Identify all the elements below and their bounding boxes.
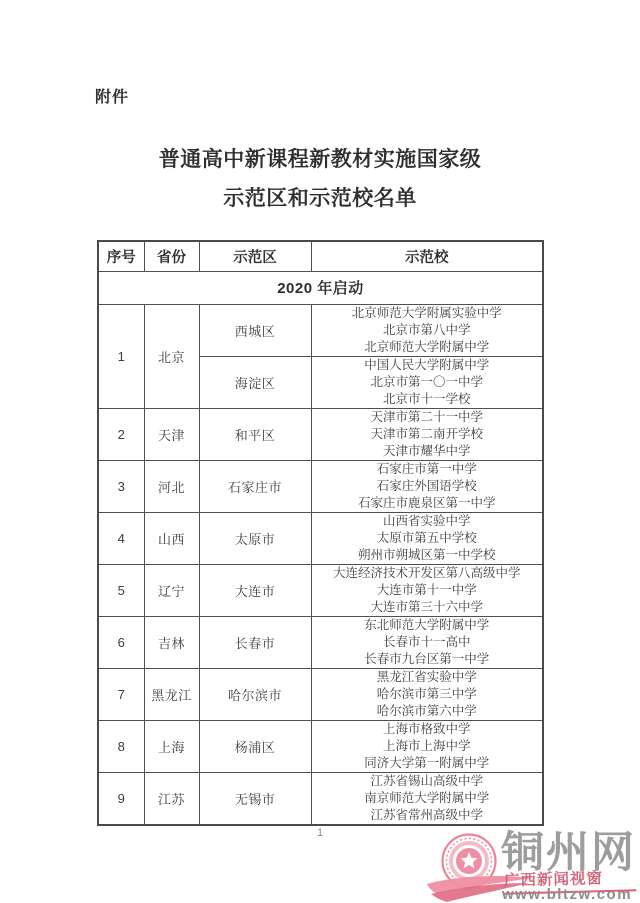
demonstration-schools-table: 序号 省份 示范区 示范校 2020 年启动 1北京西城区北京师范大学附属实验中… xyxy=(97,240,544,826)
header-zone: 示范区 xyxy=(199,241,311,271)
school-name: 同济大学第一附属中学 xyxy=(312,755,543,772)
attachment-label: 附件 xyxy=(95,84,129,107)
school-name: 江苏省常州高级中学 xyxy=(312,807,543,824)
schools-cell: 大连经济技术开发区第八高级中学大连市第十一中学大连市第三十六中学 xyxy=(311,564,543,616)
site-watermark: 铜州网 广西新闻视窗 www.bltzw.com xyxy=(425,830,640,903)
zone-cell: 和平区 xyxy=(199,408,311,460)
schools-cell: 上海市格致中学上海市上海中学同济大学第一附属中学 xyxy=(311,720,543,772)
school-name: 北京师范大学附属实验中学 xyxy=(312,305,543,322)
row-index-cell: 3 xyxy=(98,460,144,512)
zone-cell: 无锡市 xyxy=(199,772,311,825)
school-name: 大连市第十一中学 xyxy=(312,582,543,599)
school-name: 长春市九台区第一中学 xyxy=(312,651,543,668)
school-name: 江苏省锡山高级中学 xyxy=(312,773,543,790)
school-name: 大连经济技术开发区第八高级中学 xyxy=(312,565,543,582)
schools-cell: 中国人民大学附属中学北京市第一〇一中学北京市十一学校 xyxy=(311,356,543,408)
school-name: 长春市十一高中 xyxy=(312,634,543,651)
school-name: 中国人民大学附属中学 xyxy=(312,357,543,374)
section-header-row: 2020 年启动 xyxy=(98,271,543,304)
row-index-cell: 9 xyxy=(98,772,144,825)
zone-cell: 石家庄市 xyxy=(199,460,311,512)
school-name: 上海市格致中学 xyxy=(312,721,543,738)
section-header-label: 2020 年启动 xyxy=(98,271,543,304)
schools-cell: 石家庄市第一中学石家庄外国语学校石家庄市鹿泉区第一中学 xyxy=(311,460,543,512)
table-row: 6吉林长春市东北师范大学附属中学长春市十一高中长春市九台区第一中学 xyxy=(98,616,543,668)
province-cell: 黑龙江 xyxy=(144,668,199,720)
watermark-url: www.bltzw.com xyxy=(502,886,632,903)
province-cell: 天津 xyxy=(144,408,199,460)
table-row: 1北京西城区北京师范大学附属实验中学北京市第八中学北京师范大学附属中学 xyxy=(98,304,543,356)
school-name: 石家庄市鹿泉区第一中学 xyxy=(312,495,543,512)
row-index-cell: 7 xyxy=(98,668,144,720)
school-name: 大连市第三十六中学 xyxy=(312,599,543,616)
document-page: 附件 普通高中新课程新教材实施国家级 示范区和示范校名单 序号 省份 示范区 示… xyxy=(0,0,640,903)
province-cell: 山西 xyxy=(144,512,199,564)
zone-cell: 海淀区 xyxy=(199,356,311,408)
document-title: 普通高中新课程新教材实施国家级 示范区和示范校名单 xyxy=(0,140,640,218)
school-name: 天津市耀华中学 xyxy=(312,443,543,460)
table-row: 2天津和平区天津市第二十一中学天津市第二南开学校天津市耀华中学 xyxy=(98,408,543,460)
title-line-1: 普通高中新课程新教材实施国家级 xyxy=(0,140,640,179)
table-row: 5辽宁大连市大连经济技术开发区第八高级中学大连市第十一中学大连市第三十六中学 xyxy=(98,564,543,616)
school-name: 北京市第八中学 xyxy=(312,322,543,339)
school-name: 石家庄外国语学校 xyxy=(312,478,543,495)
province-cell: 辽宁 xyxy=(144,564,199,616)
school-name: 黑龙江省实验中学 xyxy=(312,669,543,686)
table-row: 9江苏无锡市江苏省锡山高级中学南京师范大学附属中学江苏省常州高级中学 xyxy=(98,772,543,825)
zone-cell: 哈尔滨市 xyxy=(199,668,311,720)
school-name: 石家庄市第一中学 xyxy=(312,461,543,478)
zone-cell: 西城区 xyxy=(199,304,311,356)
school-name: 东北师范大学附属中学 xyxy=(312,617,543,634)
school-name: 哈尔滨市第六中学 xyxy=(312,703,543,720)
table-row: 7黑龙江哈尔滨市黑龙江省实验中学哈尔滨市第三中学哈尔滨市第六中学 xyxy=(98,668,543,720)
school-name: 北京师范大学附属中学 xyxy=(312,339,543,356)
header-school: 示范校 xyxy=(311,241,543,271)
school-name: 天津市第二南开学校 xyxy=(312,426,543,443)
province-cell: 吉林 xyxy=(144,616,199,668)
schools-cell: 山西省实验中学太原市第五中学校朔州市朔城区第一中学校 xyxy=(311,512,543,564)
table-row: 3河北石家庄市石家庄市第一中学石家庄外国语学校石家庄市鹿泉区第一中学 xyxy=(98,460,543,512)
school-name: 北京市十一学校 xyxy=(312,391,543,408)
header-index: 序号 xyxy=(98,241,144,271)
table-header-row: 序号 省份 示范区 示范校 xyxy=(98,241,543,271)
province-cell: 江苏 xyxy=(144,772,199,825)
schools-cell: 江苏省锡山高级中学南京师范大学附属中学江苏省常州高级中学 xyxy=(311,772,543,825)
school-name: 上海市上海中学 xyxy=(312,738,543,755)
schools-cell: 天津市第二十一中学天津市第二南开学校天津市耀华中学 xyxy=(311,408,543,460)
row-index-cell: 8 xyxy=(98,720,144,772)
row-index-cell: 5 xyxy=(98,564,144,616)
zone-cell: 杨浦区 xyxy=(199,720,311,772)
schools-cell: 黑龙江省实验中学哈尔滨市第三中学哈尔滨市第六中学 xyxy=(311,668,543,720)
schools-cell: 东北师范大学附属中学长春市十一高中长春市九台区第一中学 xyxy=(311,616,543,668)
school-name: 朔州市朔城区第一中学校 xyxy=(312,547,543,564)
province-cell: 河北 xyxy=(144,460,199,512)
school-name: 南京师范大学附属中学 xyxy=(312,790,543,807)
school-name: 天津市第二十一中学 xyxy=(312,409,543,426)
province-cell: 北京 xyxy=(144,304,199,408)
province-cell: 上海 xyxy=(144,720,199,772)
school-name: 哈尔滨市第三中学 xyxy=(312,686,543,703)
school-name: 山西省实验中学 xyxy=(312,513,543,530)
table-row: 4山西太原市山西省实验中学太原市第五中学校朔州市朔城区第一中学校 xyxy=(98,512,543,564)
school-name: 北京市第一〇一中学 xyxy=(312,374,543,391)
schools-cell: 北京师范大学附属实验中学北京市第八中学北京师范大学附属中学 xyxy=(311,304,543,356)
table-row: 8上海杨浦区上海市格致中学上海市上海中学同济大学第一附属中学 xyxy=(98,720,543,772)
header-province: 省份 xyxy=(144,241,199,271)
zone-cell: 大连市 xyxy=(199,564,311,616)
school-name: 太原市第五中学校 xyxy=(312,530,543,547)
row-index-cell: 2 xyxy=(98,408,144,460)
zone-cell: 长春市 xyxy=(199,616,311,668)
zone-cell: 太原市 xyxy=(199,512,311,564)
row-index-cell: 4 xyxy=(98,512,144,564)
title-line-2: 示范区和示范校名单 xyxy=(0,179,640,218)
row-index-cell: 1 xyxy=(98,304,144,408)
row-index-cell: 6 xyxy=(98,616,144,668)
